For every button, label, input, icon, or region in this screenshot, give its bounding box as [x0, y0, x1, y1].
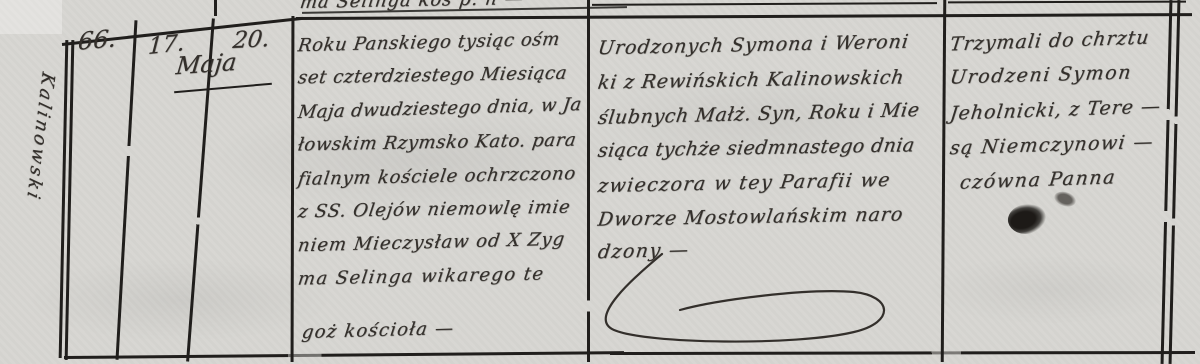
parents-text-line: ślubnych Małż. Syn, Roku i Mie — [597, 99, 921, 129]
parents-text-line: siąca tychże siedmnastego dnia — [596, 134, 916, 162]
pen-flourish-loop — [596, 248, 926, 358]
act-text-line: set czterdziestego Miesiąca — [297, 63, 569, 89]
margin-surname-note: Kalinowski — [9, 18, 64, 254]
act-text-line: goż kościoła — — [301, 318, 456, 343]
act-text-line: fialnym kościele ochrzczono — [297, 163, 578, 190]
baptism-day: 20. — [231, 26, 271, 54]
godparents-text: Trzymali do chrztu Urodzeni Symon Jeholn… — [950, 22, 1185, 242]
table-rule-col4 — [290, 16, 293, 362]
parents-text-line: Dworze Mostowlańskim naro — [596, 203, 904, 230]
godparents-text-line: Jeholnicki, z Tere — — [949, 95, 1163, 124]
table-rule-remnant-middle — [592, 2, 937, 6]
act-text-line: z SS. Olejów niemowlę imie — [297, 197, 572, 223]
act-text-line: niem Mieczysław od X Zyg — [297, 229, 567, 257]
act-text-line: Roku Panskiego tysiąc ośm — [297, 29, 562, 56]
record-number: 66. — [77, 24, 118, 56]
act-text-line: ma Selinga wikarego te — [297, 263, 546, 289]
parents-text-line: ki z Rewińskich Kalinowskich — [596, 66, 905, 93]
godparents-text-line: są Niemczynowi — — [949, 131, 1156, 160]
birth-month: Maja — [175, 48, 238, 81]
godparents-text-line: Trzymali do chrztu — [949, 26, 1151, 55]
table-rule-col3-top-stub — [214, 0, 217, 16]
table-rule-col2 — [116, 20, 137, 360]
act-text-line: łowskim Rzymsko Kato. para — [297, 130, 578, 156]
parents-text-line: zwieczora w tey Parafii we — [597, 169, 893, 197]
godparents-text-line: czówna Panna — [959, 166, 1118, 194]
baptism-act-text: Roku Panskiego tysiąc ośm set czterdzies… — [298, 24, 590, 364]
month-underline — [174, 83, 272, 94]
paper-light-patch — [0, 0, 62, 34]
parents-text-line: Urodzonych Symona i Weroni — [597, 31, 911, 60]
table-rule-remnant-right — [948, 1, 1186, 4]
act-text-line: Maja dwudziestego dnia, w Ja — [297, 94, 583, 123]
row-top-rule-right — [296, 13, 1192, 19]
godparents-text-line: Urodzeni Symon — [949, 61, 1134, 88]
register-scan-page: Kalinowski ma Selinga kos p. n — 66. 17.… — [0, 0, 1200, 364]
